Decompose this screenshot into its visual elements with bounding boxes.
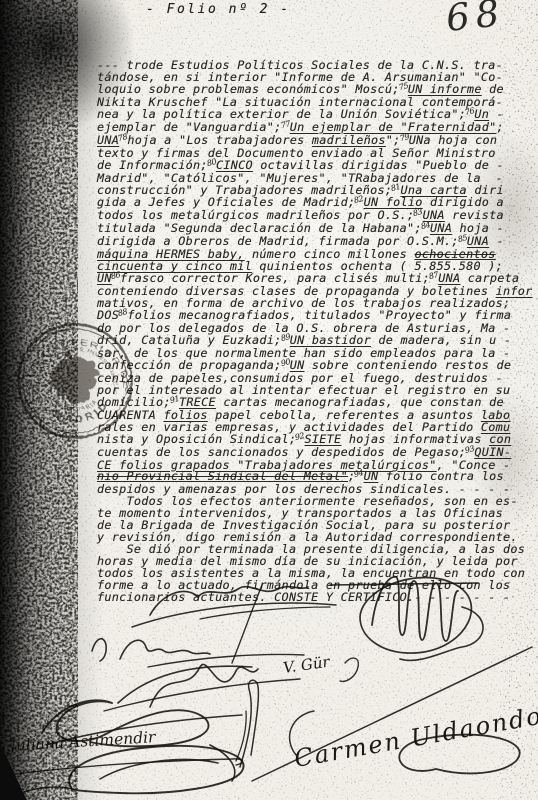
signature-name-v-gur: V. Gür (282, 653, 331, 677)
signature-name-carmen: Carmen Uldaondo (292, 702, 538, 773)
signatures-block: V. Gür Carmen Uldaondo Juliana Astimendi… (0, 555, 538, 800)
signature-scribble (92, 639, 304, 667)
folio-header: - Folio nº 2 - (146, 2, 291, 17)
signature-scribble (340, 658, 358, 681)
signature-name-juliana: Juliana Astimendir (6, 728, 157, 755)
signature-scribble (330, 577, 483, 661)
signature-scribble (104, 664, 300, 711)
document-body: --- trode Estudios Políticos Sociales de… (97, 60, 527, 604)
signature-scribble (236, 680, 258, 767)
scanned-document-page: - Folio nº 2 - 68 --- trode Estudios Pol… (0, 0, 538, 800)
handwritten-item-number: 85 (456, 233, 468, 247)
handwritten-page-number: 68 (444, 0, 507, 40)
handwritten-item-number: 77 (279, 118, 291, 132)
signature-scribble (132, 585, 336, 663)
